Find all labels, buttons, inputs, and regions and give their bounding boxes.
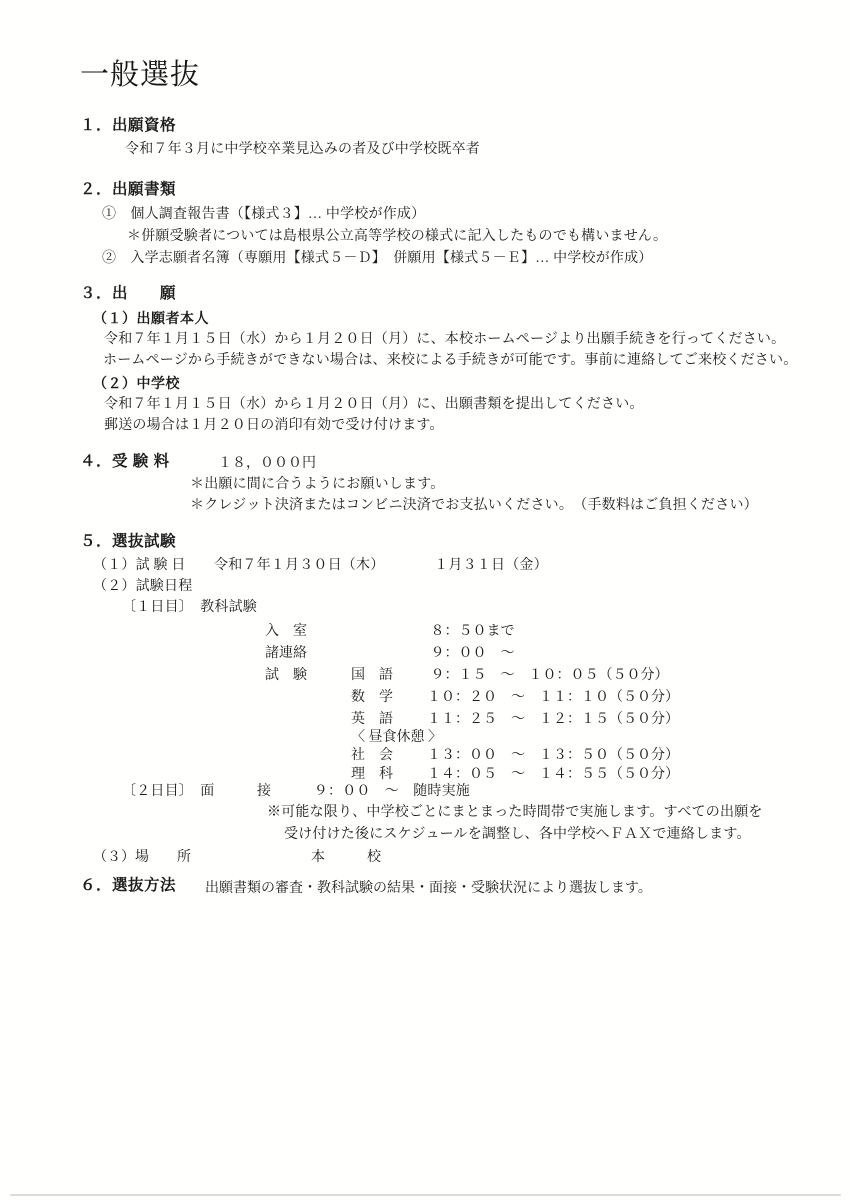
- schedule-time: ８：５０まで: [427, 620, 515, 640]
- section-6-row: ６．選抜方法 出願書類の審査・教科試験の結果・面接・受験状況により選抜します。: [0, 876, 849, 896]
- day-2-note-line-2: 受け付けた後にスケジュールを調整し、各中学校へＦＡＸで連絡します。: [284, 825, 751, 845]
- section-4-note-2: ＊クレジット決済またはコンビニ決済でお支払いください。 （手数料はご負担ください…: [190, 496, 758, 516]
- schedule-row-japanese: 試 験 国 語 ９：１５ ～ １０：０５（５０分）: [0, 664, 849, 684]
- day-2-heading: 〔２日目〕 面 接 ９：００ ～ 随時実施: [122, 782, 470, 802]
- section-1-body: 令和７年３月に中学校卒業見込みの者及び中学校既卒者: [125, 140, 480, 160]
- section-3-sub-1-heading: （１）出願者本人: [93, 308, 209, 328]
- schedule-row-science: 理 科 １４：０５ ～ １４：５５（５０分）: [0, 763, 849, 783]
- exam-fee-value: １８，０００円: [218, 452, 316, 472]
- schedule-row-entry: 入 室 ８：５０まで: [0, 620, 849, 640]
- schedule-row-english: 英 語 １１：２５ ～ １２：１５（５０分）: [0, 708, 849, 728]
- section-5-heading: ５．選抜試験: [80, 532, 176, 552]
- exam-date-line: （１）試 験 日 令和７年１月３０日（木） １月３１日（金）: [93, 556, 548, 576]
- schedule-subject: 理 科: [351, 763, 393, 783]
- schedule-row-math: 数 学 １０：２０ ～ １１：１０（５０分）: [0, 686, 849, 706]
- schedule-time: ９：００ ～: [427, 642, 515, 662]
- schedule-subject: 数 学: [351, 686, 393, 706]
- exam-place-row: （３）場 所 本 校: [0, 846, 849, 866]
- section-2-item-1: ① 個人調査報告書（【様式３】… 中学校が作成）: [102, 205, 425, 225]
- schedule-row-announcements: 諸連絡 ９：００ ～: [0, 642, 849, 662]
- schedule-label: 諸連絡: [265, 642, 307, 662]
- section-3-heading: ３．出 願: [80, 284, 176, 304]
- section-6-heading: ６．選抜方法: [80, 876, 176, 896]
- lunch-break-label: 〈 昼食休憩 〉: [351, 726, 442, 746]
- schedule-time: １０：２０ ～ １１：１０（５０分）: [427, 686, 679, 706]
- exam-schedule-heading: （２）試験日程: [93, 577, 192, 597]
- schedule-label: 入 室: [265, 620, 307, 640]
- document-page: 一般選抜 １．出願資格 令和７年３月に中学校卒業見込みの者及び中学校既卒者 ２．…: [0, 0, 849, 1200]
- schedule-time: １３：００ ～ １３：５０（５０分）: [427, 744, 679, 764]
- section-4-heading: ４．受 験 料: [80, 452, 170, 472]
- schedule-time: １１：２５ ～ １２：１５（５０分）: [427, 708, 679, 728]
- schedule-label: 試 験: [265, 664, 307, 684]
- section-3-sub-2-line-2: 郵送の場合は１月２０日の消印有効で受け付けます。: [104, 416, 444, 436]
- day-2-note-line-1: ※可能な限り、中学校ごとにまとまった時間帯で実施します。すべての出願を: [267, 803, 763, 823]
- scan-artifact-line: [10, 1194, 841, 1196]
- day-1-heading: 〔１日目〕 教科試験: [122, 598, 257, 618]
- schedule-time: ９：１５ ～ １０：０５（５０分）: [427, 664, 669, 684]
- section-2-item-1-note: ＊併願受験者については島根県公立高等学校の様式に記入したものでも構いません。: [127, 227, 667, 247]
- section-4-heading-row: ４．受 験 料 １８，０００円: [0, 452, 849, 472]
- section-3-sub-2-heading: （２）中学校: [93, 373, 180, 393]
- section-3-sub-1-line-1: 令和７年１月１５日（水）から１月２０日（月）に、本校ホームページより出願手続きを…: [104, 330, 785, 350]
- schedule-subject: 社 会: [351, 744, 393, 764]
- schedule-subject: 英 語: [351, 708, 393, 728]
- schedule-time: １４：０５ ～ １４：５５（５０分）: [427, 763, 679, 783]
- exam-place-value: 本 校: [311, 846, 381, 866]
- schedule-row-social-studies: 社 会 １３：００ ～ １３：５０（５０分）: [0, 744, 849, 764]
- section-4-note-1: ＊出願に間に合うようにお願いします。: [190, 475, 444, 495]
- section-1-heading: １．出願資格: [80, 116, 176, 136]
- page-title: 一般選抜: [80, 52, 200, 93]
- section-2-heading: ２．出願書類: [80, 180, 176, 200]
- exam-place-label: （３）場 所: [93, 846, 191, 866]
- section-6-body: 出願書類の審査・教科試験の結果・面接・受験状況により選抜します。: [205, 877, 652, 897]
- section-3-sub-2-line-1: 令和７年１月１５日（水）から１月２０日（月）に、出願書類を提出してください。: [104, 395, 644, 415]
- section-3-sub-1-line-2: ホームページから手続きができない場合は、来校による手続きが可能です。事前に連絡し…: [103, 351, 797, 371]
- schedule-row-lunch-break: 〈 昼食休憩 〉: [0, 726, 849, 746]
- schedule-subject: 国 語: [351, 664, 393, 684]
- section-2-item-2: ② 入学志願者名簿（専願用【様式５－Ｄ】 併願用【様式５－Ｅ】… 中学校が作成）: [102, 249, 653, 269]
